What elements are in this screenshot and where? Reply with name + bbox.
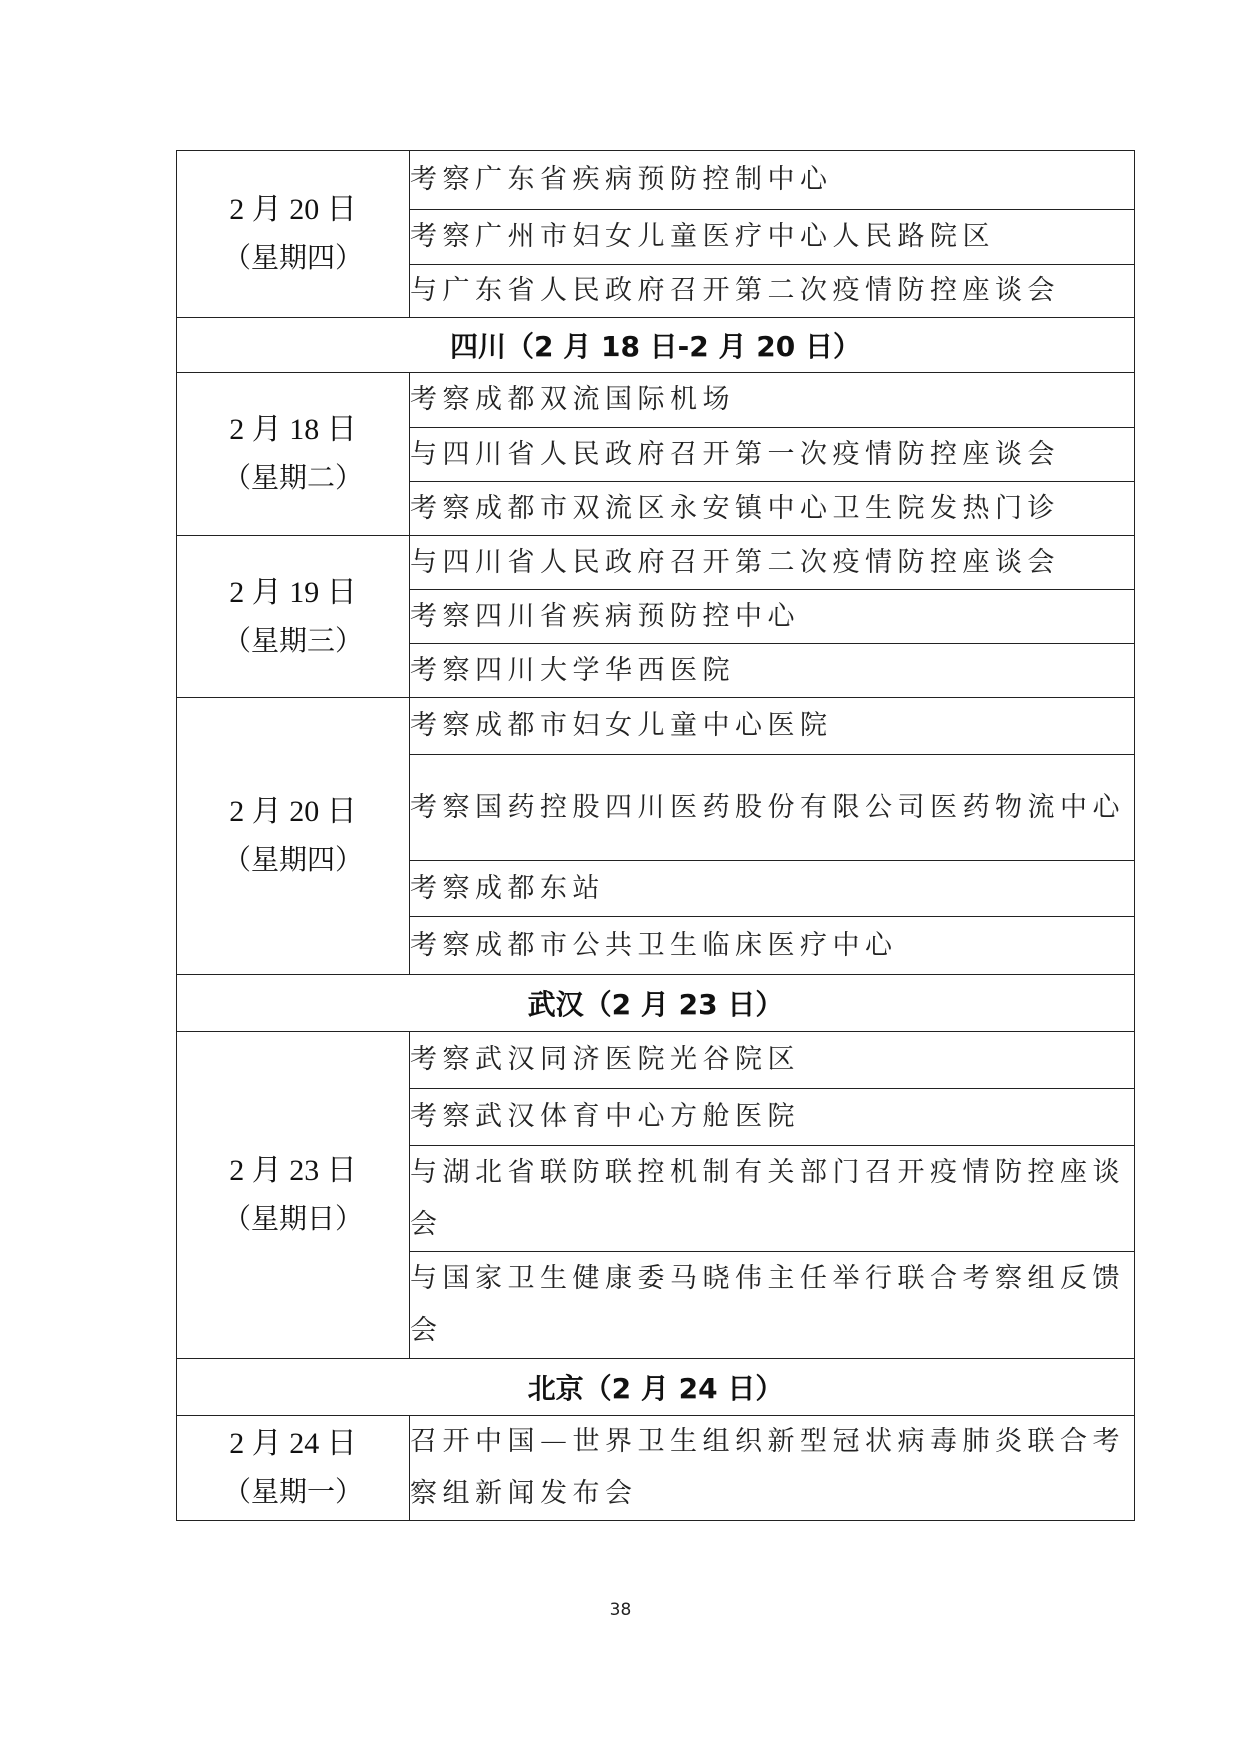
date-label: 2 月 23 日 xyxy=(177,1147,409,1195)
date-cell: 2 月 18 日（星期二） xyxy=(177,373,410,536)
activity-cell: 考察国药控股四川医药股份有限公司医药物流中心 xyxy=(410,755,1135,861)
activity-cell: 与四川省人民政府召开第一次疫情防控座谈会 xyxy=(410,428,1135,482)
date-label: 2 月 18 日 xyxy=(177,406,409,454)
section-row: 北京（2 月 24 日） xyxy=(177,1359,1135,1416)
page-number: 38 xyxy=(0,1600,1241,1620)
date-cell: 2 月 24 日（星期一） xyxy=(177,1416,410,1521)
table-row: 2 月 24 日（星期一）召开中国—世界卫生组织新型冠状病毒肺炎联合考察组新闻发… xyxy=(177,1416,1135,1521)
date-label: 2 月 20 日 xyxy=(177,186,409,234)
section-row: 四川（2 月 18 日-2 月 20 日） xyxy=(177,318,1135,373)
section-title: 四川（2 月 18 日-2 月 20 日） xyxy=(177,318,1135,373)
table-row: 2 月 23 日（星期日）考察武汉同济医院光谷院区 xyxy=(177,1032,1135,1089)
activity-cell: 与湖北省联防联控机制有关部门召开疫情防控座谈会 xyxy=(410,1146,1135,1252)
weekday-label: （星期一） xyxy=(177,1468,409,1516)
activity-cell: 考察广东省疾病预防控制中心 xyxy=(410,151,1135,210)
table-row: 2 月 20 日（星期四）考察广东省疾病预防控制中心 xyxy=(177,151,1135,210)
activity-cell: 与广东省人民政府召开第二次疫情防控座谈会 xyxy=(410,265,1135,318)
weekday-label: （星期四） xyxy=(177,836,409,884)
section-title: 北京（2 月 24 日） xyxy=(177,1359,1135,1416)
weekday-label: （星期日） xyxy=(177,1195,409,1243)
activity-cell: 与四川省人民政府召开第二次疫情防控座谈会 xyxy=(410,536,1135,590)
activity-cell: 考察武汉体育中心方舱医院 xyxy=(410,1089,1135,1146)
date-label: 2 月 20 日 xyxy=(177,788,409,836)
date-label: 2 月 19 日 xyxy=(177,569,409,617)
date-cell: 2 月 20 日（星期四） xyxy=(177,151,410,318)
schedule-table: 2 月 20 日（星期四）考察广东省疾病预防控制中心考察广州市妇女儿童医疗中心人… xyxy=(176,150,1135,1521)
activity-cell: 考察四川省疾病预防控中心 xyxy=(410,590,1135,644)
table-row: 2 月 18 日（星期二）考察成都双流国际机场 xyxy=(177,373,1135,428)
activity-cell: 考察成都市双流区永安镇中心卫生院发热门诊 xyxy=(410,482,1135,536)
activity-cell: 考察成都东站 xyxy=(410,861,1135,917)
weekday-label: （星期二） xyxy=(177,454,409,502)
section-title: 武汉（2 月 23 日） xyxy=(177,975,1135,1032)
activity-cell: 考察成都市妇女儿童中心医院 xyxy=(410,698,1135,755)
activity-cell: 考察广州市妇女儿童医疗中心人民路院区 xyxy=(410,210,1135,265)
weekday-label: （星期三） xyxy=(177,617,409,665)
activity-cell: 考察成都市公共卫生临床医疗中心 xyxy=(410,917,1135,975)
date-cell: 2 月 23 日（星期日） xyxy=(177,1032,410,1359)
activity-cell: 与国家卫生健康委马晓伟主任举行联合考察组反馈会 xyxy=(410,1252,1135,1359)
date-label: 2 月 24 日 xyxy=(177,1420,409,1468)
activity-cell: 考察四川大学华西医院 xyxy=(410,644,1135,698)
weekday-label: （星期四） xyxy=(177,234,409,282)
date-cell: 2 月 20 日（星期四） xyxy=(177,698,410,975)
table-row: 2 月 20 日（星期四）考察成都市妇女儿童中心医院 xyxy=(177,698,1135,755)
activity-cell: 考察成都双流国际机场 xyxy=(410,373,1135,428)
activity-cell: 考察武汉同济医院光谷院区 xyxy=(410,1032,1135,1089)
table-row: 2 月 19 日（星期三）与四川省人民政府召开第二次疫情防控座谈会 xyxy=(177,536,1135,590)
section-row: 武汉（2 月 23 日） xyxy=(177,975,1135,1032)
date-cell: 2 月 19 日（星期三） xyxy=(177,536,410,698)
activity-cell: 召开中国—世界卫生组织新型冠状病毒肺炎联合考察组新闻发布会 xyxy=(410,1416,1135,1521)
